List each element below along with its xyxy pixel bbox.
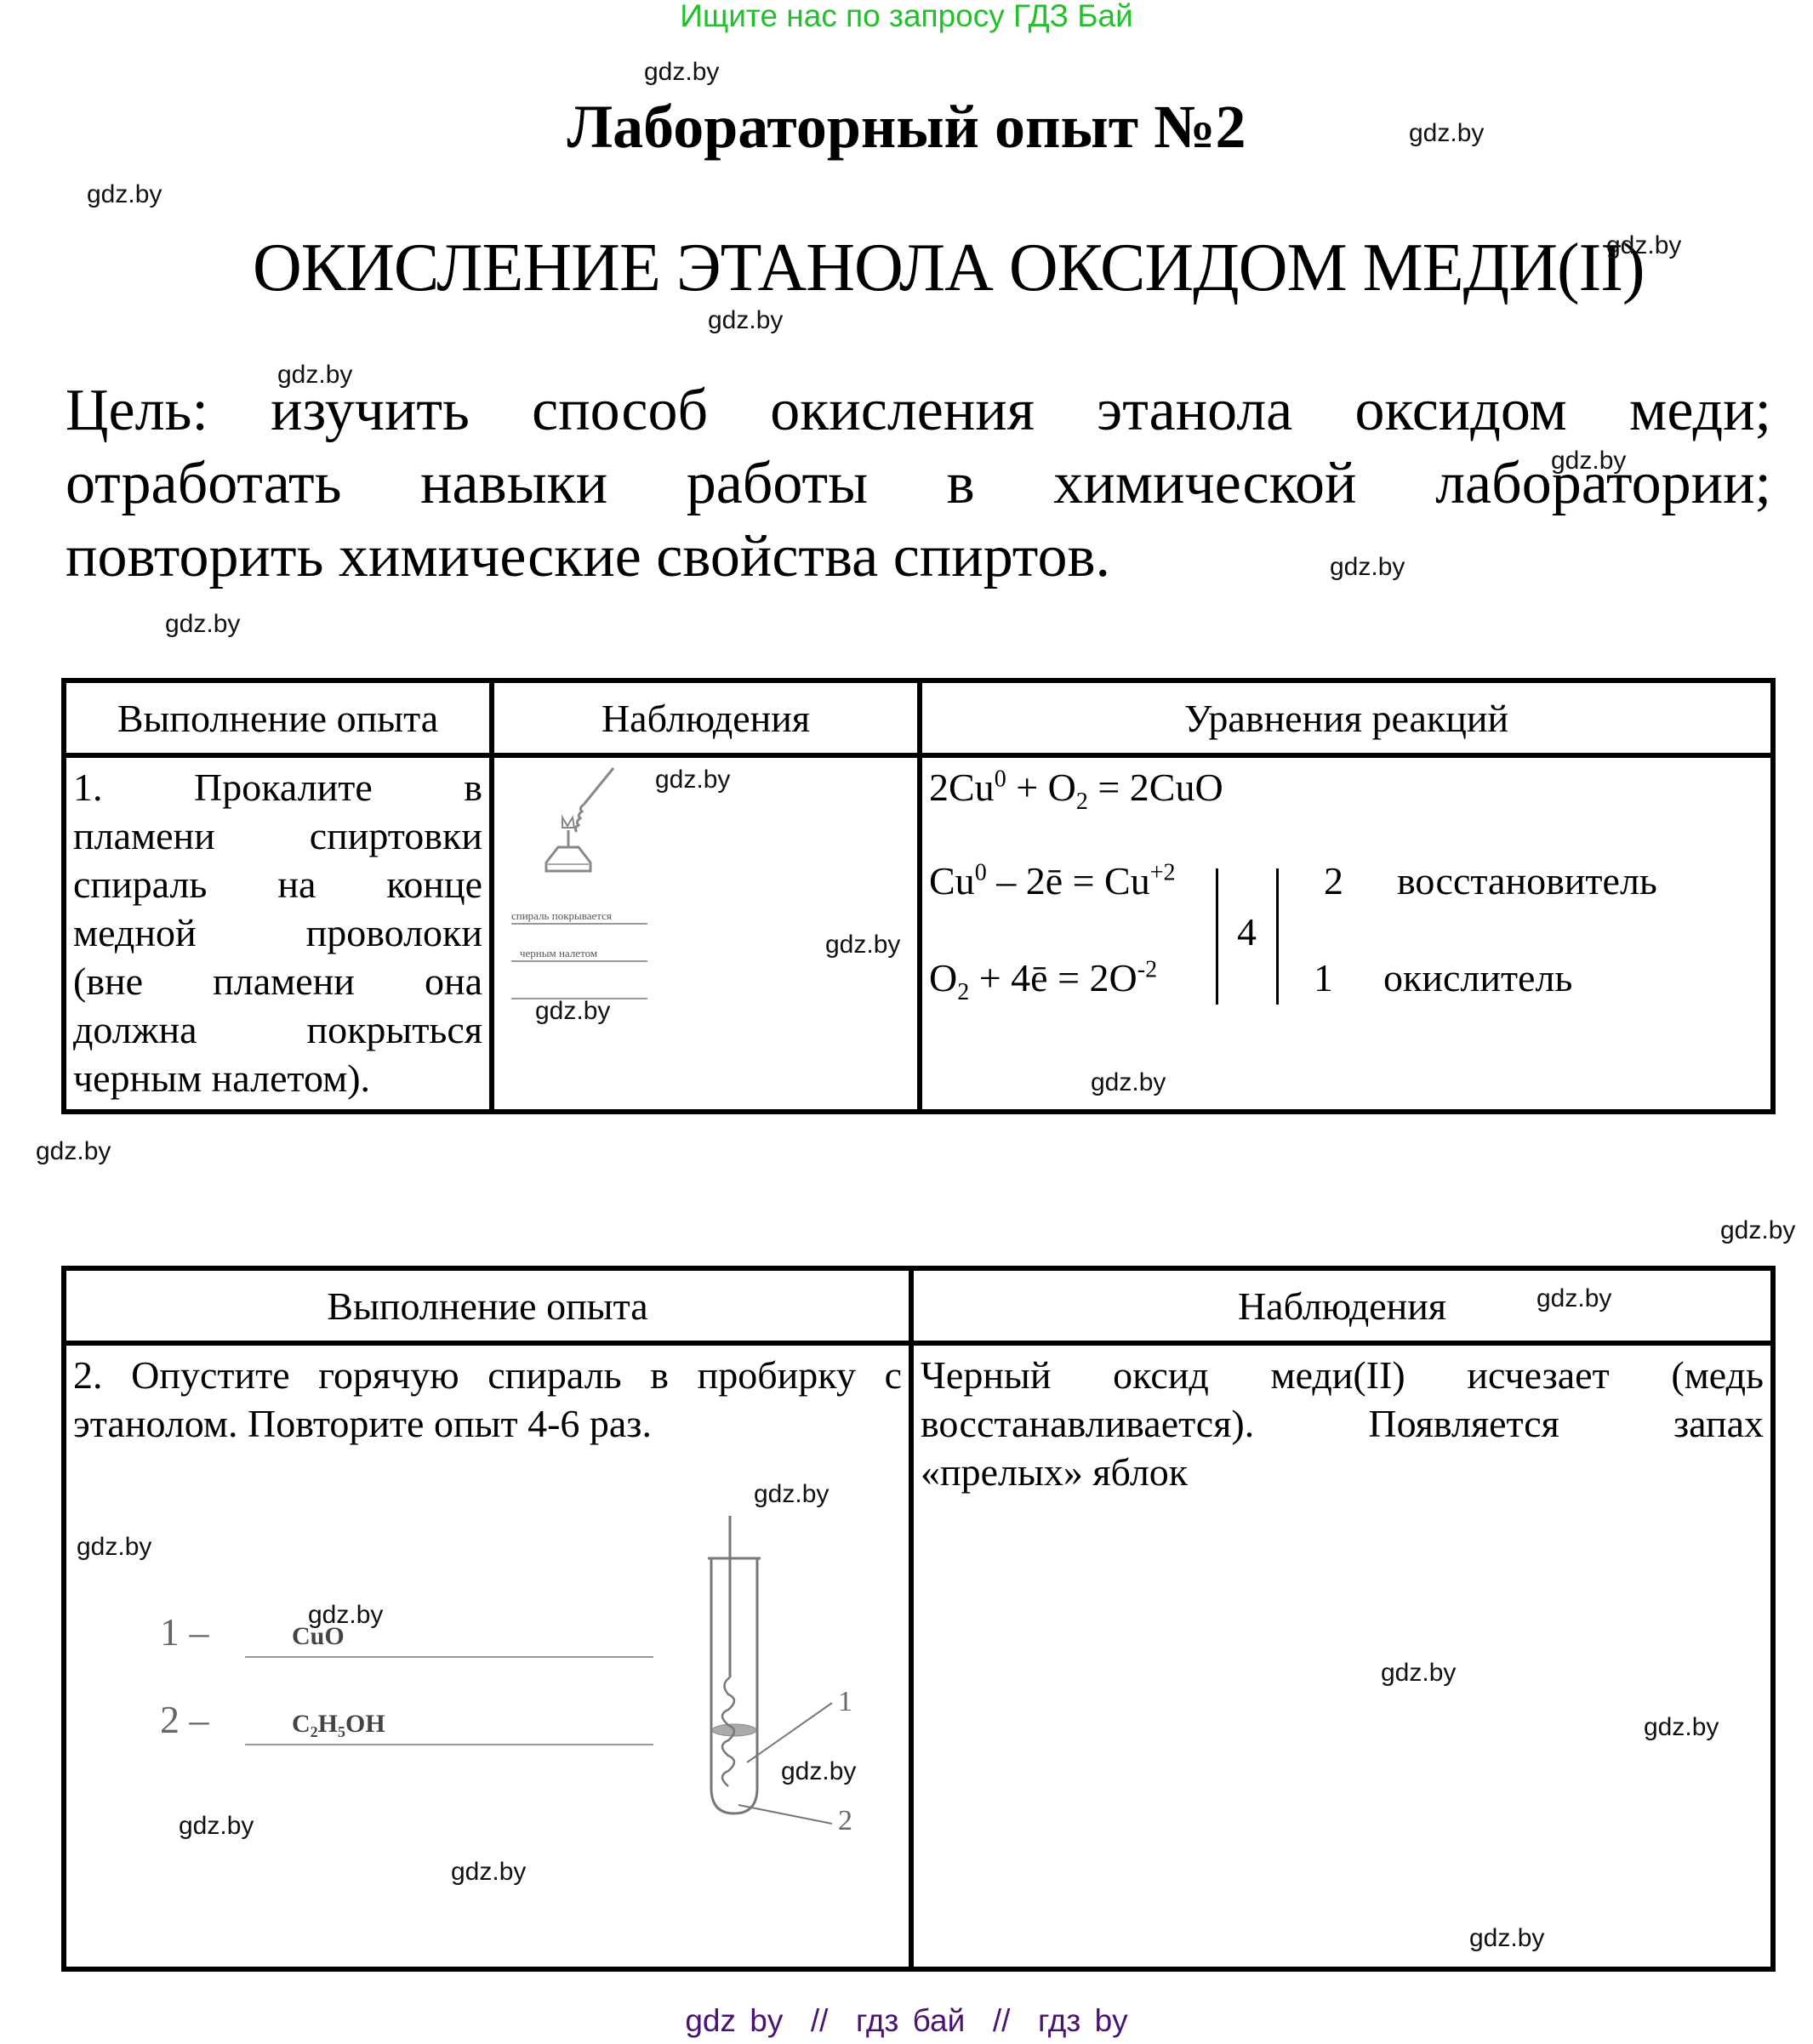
column-header-observations: Наблюдения (492, 680, 920, 755)
column-header-equations: Уравнения реакций (920, 680, 1773, 755)
watermark: gdz.by (655, 766, 730, 794)
procedure-line: 1. Прокалите в (73, 763, 482, 811)
role-label: восстановитель (1397, 858, 1657, 903)
watermark: gdz.by (535, 997, 610, 1026)
procedure-line: пламени спиртовки (73, 811, 482, 860)
watermark: gdz.by (781, 1757, 856, 1786)
watermark: gdz.by (277, 361, 352, 390)
search-hint-link[interactable]: Ищите нас по запросу ГДЗ Бай (0, 0, 1813, 34)
procedure-line: 2. Опустите горячую спираль в пробирку с (73, 1351, 902, 1399)
watermark: gdz.by (708, 306, 783, 335)
role-label: окислитель (1383, 955, 1572, 1000)
procedure-line: черным налетом). (73, 1054, 482, 1102)
watermark: gdz.by (36, 1137, 111, 1166)
balance-divider (1276, 868, 1279, 1005)
observation-line: Черный оксид меди(II) исчезает (медь (921, 1351, 1764, 1399)
watermark: gdz.by (1536, 1284, 1611, 1313)
watermark: gdz.by (1606, 231, 1681, 260)
figure-caption: спираль покрывается (511, 909, 647, 925)
reaction-equation: 2Cu0 + O2 = 2CuO (929, 765, 1223, 816)
watermark: gdz.by (1644, 1713, 1719, 1742)
procedure-line: этанолом. Повторите опыт 4-6 раз. (73, 1399, 902, 1448)
legend-label: C₂H₅OH (292, 1710, 385, 1739)
experiment-1-table: Выполнение опыта Наблюдения Уравнения ре… (61, 678, 1776, 1114)
goal-line: отработать навыки работы в химической ла… (66, 447, 1771, 521)
equations-cell: 2Cu0 + O2 = 2CuO Cu0 – 2ē = Cu+2 O2 + 4ē… (920, 755, 1773, 1112)
watermark: gdz.by (77, 1533, 151, 1562)
watermark: gdz.by (451, 1858, 526, 1887)
watermark: gdz.by (1381, 1659, 1456, 1688)
page-title: Лабораторный опыт №2 (0, 92, 1813, 162)
watermark: gdz.by (754, 1480, 829, 1509)
page-subtitle: ОКИСЛЕНИЕ ЭТАНОЛА ОКСИДОМ МЕДИ(II) (253, 230, 1645, 307)
coefficient: 1 (1314, 955, 1333, 1000)
watermark: gdz.by (1720, 1216, 1795, 1245)
watermark: gdz.by (644, 58, 719, 87)
goal-paragraph: Цель: изучить способ окисления этанола о… (66, 374, 1771, 594)
legend-number: 2 – (160, 1697, 209, 1742)
observation-line: восстанавливается). Появляется запах (921, 1399, 1764, 1448)
spirit-lamp-wire-icon (533, 766, 626, 877)
procedure-line: должна покрыться (73, 1005, 482, 1054)
watermark: gdz.by (165, 610, 240, 639)
watermark: gdz.by (308, 1601, 383, 1630)
column-header-observations: Наблюдения (911, 1268, 1773, 1343)
watermark: gdz.by (1469, 1924, 1544, 1953)
watermark: gdz.by (179, 1812, 254, 1841)
figure-caption: черным налетом (511, 947, 647, 962)
watermark: gdz.by (825, 931, 900, 959)
legend-number: 1 – (160, 1609, 209, 1654)
coefficient: 2 (1324, 858, 1343, 903)
half-reaction-oxidation: Cu0 – 2ē = Cu+2 (929, 858, 1176, 903)
watermark: gdz.by (87, 180, 162, 209)
watermark: gdz.by (1551, 447, 1626, 475)
callout-2: 2 (838, 1805, 852, 1837)
footer-links[interactable]: gdz by // гдз бай // гдз by (0, 2003, 1813, 2039)
watermark: gdz.by (1330, 553, 1405, 582)
watermark: gdz.by (1409, 119, 1484, 148)
column-header-procedure: Выполнение опыта (64, 1268, 911, 1343)
goal-line: повторить химические свойства спиртов. (66, 521, 1771, 594)
column-header-procedure: Выполнение опыта (64, 680, 492, 755)
procedure-cell: 1. Прокалите в пламени спиртовки спираль… (64, 755, 492, 1112)
procedure-line: медной проволоки (73, 908, 482, 957)
lcm-value: 4 (1237, 909, 1257, 954)
procedure-line: (вне пламени она (73, 957, 482, 1005)
legend-line (245, 1744, 653, 1745)
half-reaction-reduction: O2 + 4ē = 2O-2 (929, 955, 1157, 1006)
observation-cell: Черный оксид меди(II) исчезает (медь вос… (911, 1343, 1773, 1969)
legend-line (245, 1656, 653, 1658)
callout-1: 1 (838, 1686, 852, 1718)
watermark: gdz.by (1091, 1068, 1166, 1097)
procedure-line: спираль на конце (73, 860, 482, 908)
balance-divider (1216, 868, 1218, 1005)
observation-line: «прелых» яблок (921, 1448, 1764, 1496)
